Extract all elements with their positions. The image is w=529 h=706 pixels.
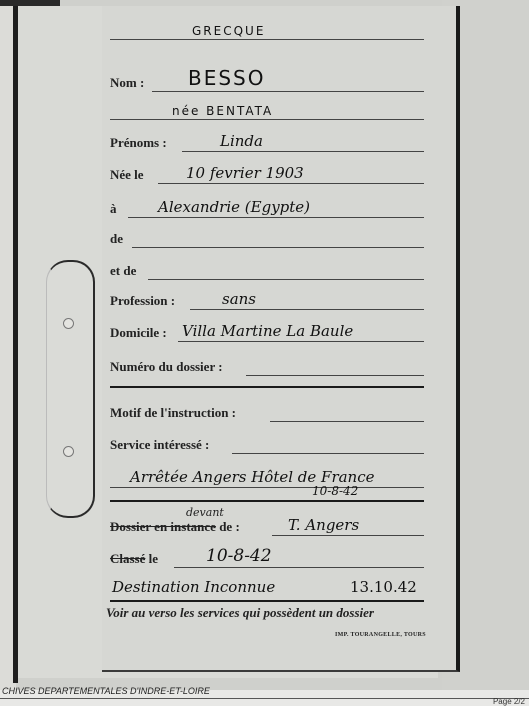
punch-hole-icon — [63, 446, 74, 457]
label-nom: Nom : — [110, 75, 144, 91]
label-prenoms: Prénoms : — [110, 135, 167, 151]
value-nee: née BENTATA — [172, 104, 273, 118]
nationality-value: GRECQUE — [192, 24, 265, 38]
field-prenoms: Prénoms : Linda — [110, 132, 424, 154]
value-destination: Destination Inconnue — [112, 578, 275, 596]
divider — [110, 600, 424, 602]
field-nee: née BENTATA — [110, 100, 424, 122]
field-profession: Profession : sans — [110, 290, 424, 312]
service-note: Arrêtée Angers Hôtel de France — [110, 468, 424, 490]
field-nee-le: Née le 10 fevrier 1903 — [110, 164, 424, 186]
value-classe: 10-8-42 — [206, 546, 272, 566]
value-nee-le: 10 fevrier 1903 — [186, 164, 304, 182]
label-classe: le — [149, 551, 158, 566]
value-domicile: Villa Martine La Baule — [182, 322, 353, 340]
field-nom: Nom : BESSO — [110, 66, 424, 94]
footnote: Voir au verso les services qui possèdent… — [106, 605, 374, 621]
field-de: de — [110, 228, 424, 250]
field-domicile: Domicile : Villa Martine La Baule — [110, 322, 424, 344]
label-profession: Profession : — [110, 293, 175, 309]
field-dossier: Dossier en instance de : T. Angers — [110, 516, 424, 538]
folder-tab — [46, 260, 95, 518]
field-motif: Motif de l'instruction : — [110, 402, 424, 424]
value-lieu: Alexandrie (Egypte) — [158, 198, 310, 216]
label-domicile: Domicile : — [110, 325, 167, 341]
punch-hole-icon — [63, 318, 74, 329]
nationality-row: GRECQUE — [110, 20, 424, 42]
destination-row: Destination Inconnue 13.10.42 — [110, 578, 424, 600]
value-nom: BESSO — [188, 66, 266, 90]
divider — [110, 500, 424, 502]
label-classe-struck: Classé — [110, 551, 145, 566]
field-lieu: à Alexandrie (Egypte) — [110, 198, 424, 220]
value-dossier: T. Angers — [288, 516, 359, 534]
value-prenoms: Linda — [220, 132, 263, 150]
field-classe: Classé le 10-8-42 — [110, 548, 424, 570]
divider — [110, 386, 424, 388]
printer-mark: IMP. TOURANGELLE, TOURS — [335, 632, 426, 638]
archive-divider — [0, 698, 529, 699]
label-dossier: de : — [219, 519, 240, 534]
label-nee-le: Née le — [110, 167, 144, 183]
field-service: Service intéressé : — [110, 434, 424, 456]
label-service: Service intéressé : — [110, 437, 209, 453]
label-numero: Numéro du dossier : — [110, 359, 223, 375]
label-a: à — [110, 201, 117, 217]
field-et-de: et de — [110, 260, 424, 282]
label-de: de — [110, 231, 123, 247]
field-numero: Numéro du dossier : — [110, 356, 424, 378]
value-profession: sans — [222, 290, 256, 308]
label-et-de: et de — [110, 263, 136, 279]
label-dossier-struck: Dossier en instance — [110, 519, 216, 534]
page-number: Page 2/2 — [493, 697, 525, 706]
value-destination-date: 13.10.42 — [350, 578, 417, 596]
archive-label: CHIVES DEPARTEMENTALES D'INDRE-ET-LOIRE — [2, 686, 210, 696]
label-motif: Motif de l'instruction : — [110, 405, 236, 421]
